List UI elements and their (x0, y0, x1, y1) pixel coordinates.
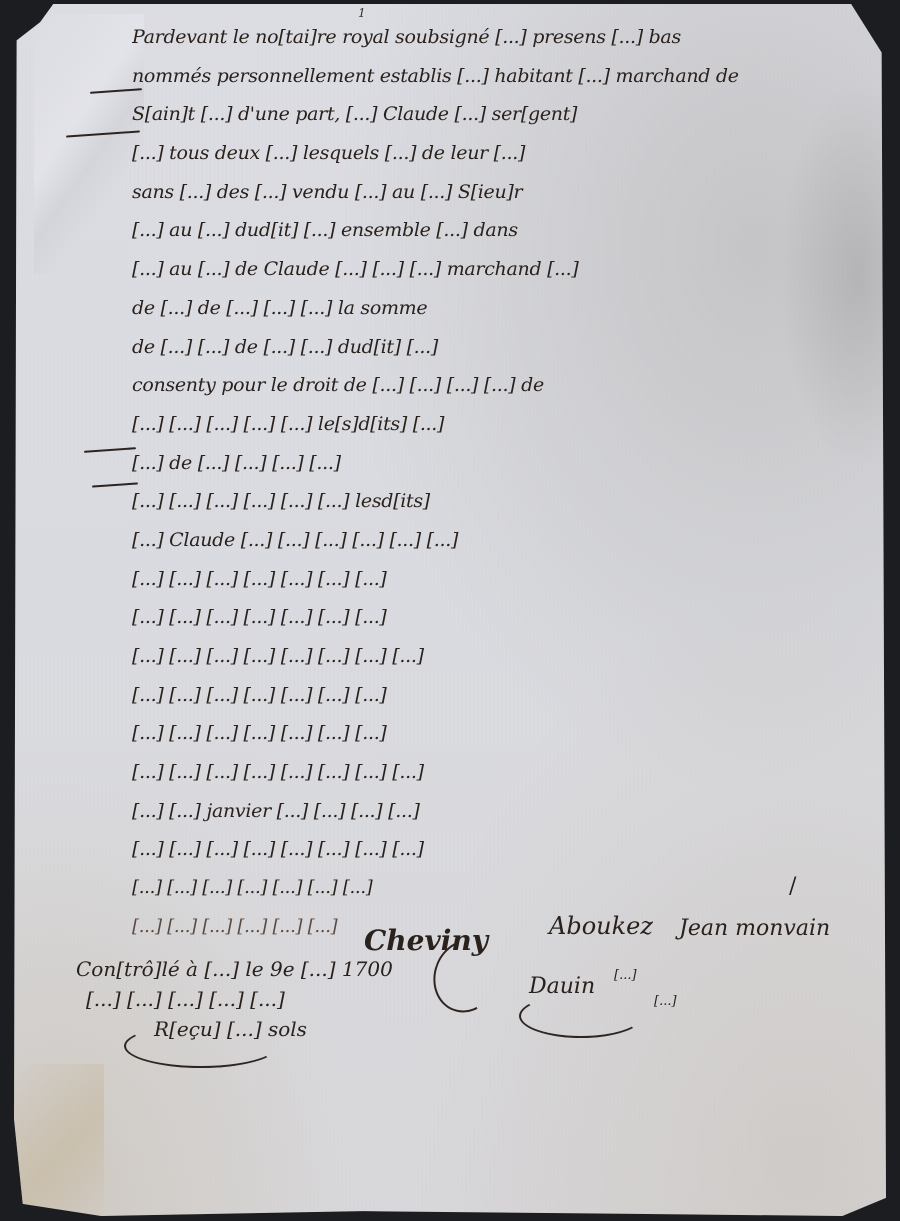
body-line: [...] au [...] dud[it] [...] ensemble [.… (132, 211, 882, 250)
body-line: [...] [...] [...] [...] [...] [...] [...… (132, 830, 882, 869)
body-line: [...] [...] [...] [...] [...] [...] [...… (132, 676, 882, 715)
body-line: [...] de [...] [...] [...] [...] (132, 444, 882, 483)
body-line: [...] [...] [...] [...] [...] [...] [...… (132, 560, 882, 599)
registration-note: Con[trô]lé à [...] le 9e [...] 1700 [...… (76, 954, 476, 1044)
body-line: nommés personnellement establis [...] ha… (132, 57, 882, 96)
signature: [...] (614, 968, 637, 983)
signature: Aboukez (549, 912, 653, 940)
registration-line: [...] [...] [...] [...] [...] (76, 984, 476, 1014)
body-line: Pardevant le no[tai]re royal soubsigné [… (132, 18, 882, 57)
document-body: Pardevant le no[tai]re royal soubsigné [… (132, 18, 882, 947)
manuscript-page: 1 Pardevant le no[tai]re royal soubsigné… (14, 4, 886, 1216)
body-line: sans [...] des [...] vendu [...] au [...… (132, 173, 882, 212)
signature: [...] (654, 994, 677, 1009)
registration-line: R[eçu] [...] sols (76, 1014, 476, 1044)
body-line: [...] [...] [...] [...] [...] le[s]d[its… (132, 405, 882, 444)
signature: Jean monvain (679, 916, 830, 941)
line-end-bracket: / (789, 874, 796, 899)
body-line: [...] [...] [...] [...] [...] [...] [...… (132, 637, 882, 676)
body-line: [...] [...] [...] [...] [...] [...] [...… (132, 753, 882, 792)
paper-fold-shadow (34, 14, 144, 274)
body-line: [...] [...] [...] [...] [...] [...] lesd… (132, 482, 882, 521)
margin-stroke (84, 447, 136, 453)
registration-line: Con[trô]lé à [...] le 9e [...] 1700 (76, 954, 476, 984)
paper-stain (14, 1064, 104, 1221)
body-line: consenty pour le droit de [...] [...] [.… (132, 366, 882, 405)
body-line: [...] Claude [...] [...] [...] [...] [..… (132, 521, 882, 560)
body-line: [...] au [...] de Claude [...] [...] [..… (132, 250, 882, 289)
body-line: de [...] de [...] [...] [...] la somme (132, 289, 882, 328)
body-line: [...] tous deux [...] lesquels [...] de … (132, 134, 882, 173)
body-line: S[ain]t [...] d'une part, [...] Claude [… (132, 95, 882, 134)
body-line: [...] [...] [...] [...] [...] [...] [...… (132, 869, 882, 908)
body-line: [...] [...] [...] [...] [...] [...] [...… (132, 598, 882, 637)
signature-flourish (519, 994, 643, 1038)
body-line: [...] [...] janvier [...] [...] [...] [.… (132, 792, 882, 831)
body-line: [...] [...] [...] [...] [...] [...] [...… (132, 714, 882, 753)
body-line: de [...] [...] de [...] [...] dud[it] [.… (132, 328, 882, 367)
